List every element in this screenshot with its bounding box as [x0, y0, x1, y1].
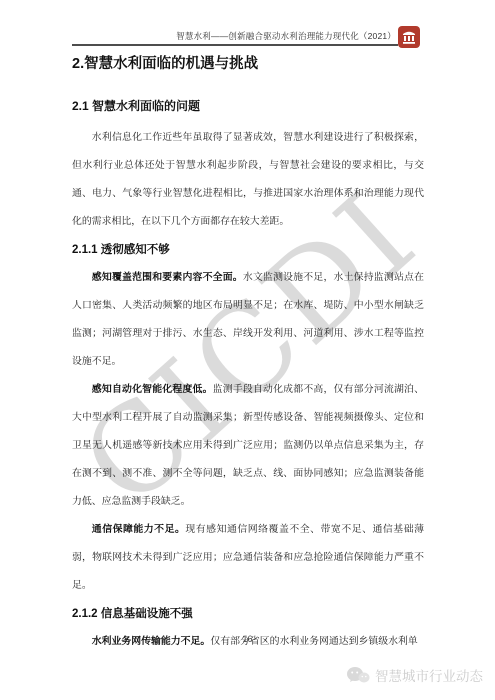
section-title: 2.1 智慧水利面临的问题	[72, 98, 424, 114]
paragraph-automation-level: 感知自动化智能化程度低。监测手段自动化成都不高，仅有部分河流湖泊、大中型水利工程…	[72, 376, 424, 516]
paragraph-perception-coverage: 感知覆盖范围和要素内容不全面。水文监测设施不足，水土保持监测站点在人口密集、人类…	[72, 264, 424, 376]
wechat-icon	[346, 666, 370, 684]
document-page: 智慧水利——创新融合驱动水利治理能力现代化（2021） CICDI 2.智慧水利…	[0, 0, 495, 700]
paragraph-lead: 感知覆盖范围和要素内容不全面。	[92, 272, 243, 283]
document-body: 2.智慧水利面临的机遇与挑战 2.1 智慧水利面临的问题 水利信息化工作近些年虽…	[72, 0, 424, 656]
paragraph-lead: 通信保障能力不足。	[92, 524, 186, 535]
footer-brand: 智慧城市行业动态	[346, 665, 483, 685]
paragraph-communication-capacity: 通信保障能力不足。现有感知通信网络覆盖不全、带宽不足、通信基础薄弱，物联网技术未…	[72, 516, 424, 600]
footer-brand-text: 智慧城市行业动态	[375, 665, 483, 685]
page-number: 16	[0, 634, 495, 644]
chapter-title: 2.智慧水利面临的机遇与挑战	[72, 54, 424, 74]
paragraph-text: 水文监测设施不足，水土保持监测站点在人口密集、人类活动频繁的地区布局明显不足；在…	[72, 272, 424, 367]
subsection-title-2-1-2: 2.1.2 信息基础设施不强	[72, 600, 424, 628]
paragraph-lead: 感知自动化智能化程度低。	[92, 384, 213, 395]
subsection-title-2-1-1: 2.1.1 透彻感知不够	[72, 236, 424, 264]
paragraph-text: 监测手段自动化成都不高，仅有部分河流湖泊、大中型水利工程开展了自动监测采集；新型…	[72, 384, 424, 507]
intro-paragraph: 水利信息化工作近些年虽取得了显著成效，智慧水利建设进行了积极探索，但水利行业总体…	[72, 124, 424, 236]
